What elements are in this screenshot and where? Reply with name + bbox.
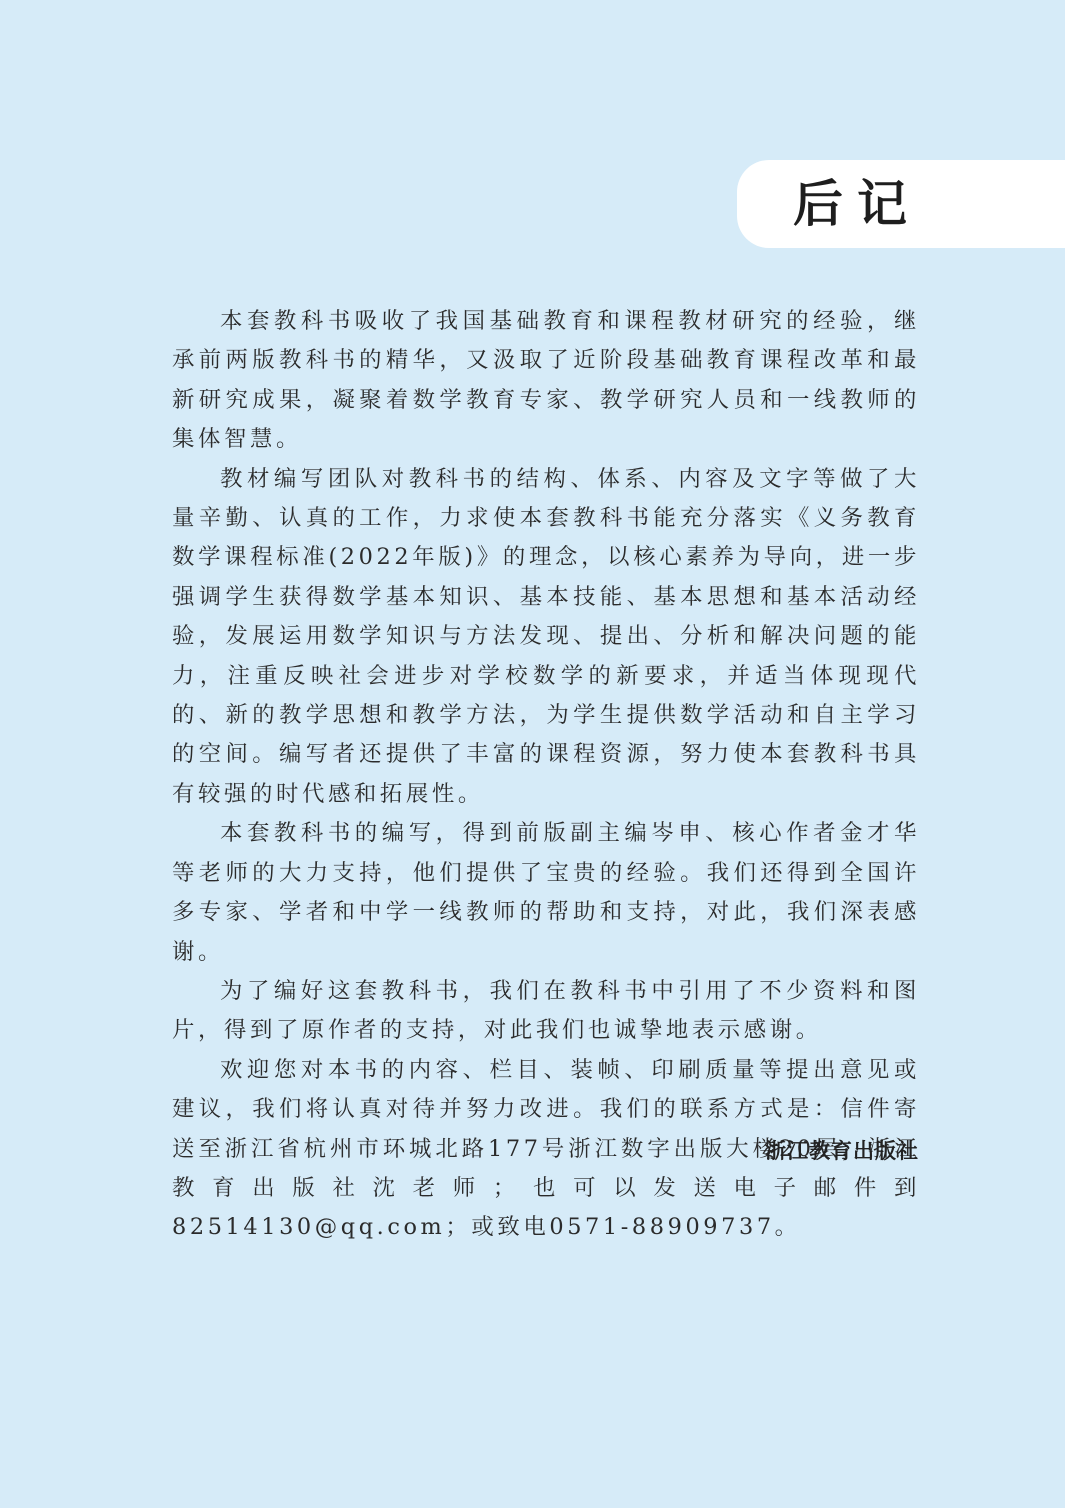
page-title: 后记: [793, 174, 921, 234]
title-banner: 后记: [737, 160, 1065, 248]
paragraph-intro: 本套教科书吸收了我国基础教育和课程教材研究的经验，继承前两版教科书的精华，又汲取…: [172, 302, 920, 460]
paragraph-acknowledgement-contributors: 本套教科书的编写，得到前版副主编岑申、核心作者金才华等老师的大力支持，他们提供了…: [172, 814, 920, 972]
paragraph-editorial-work: 教材编写团队对教科书的结构、体系、内容及文字等做了大量辛勤、认真的工作，力求使本…: [172, 460, 920, 815]
afterword-body: 本套教科书吸收了我国基础教育和课程教材研究的经验，继承前两版教科书的精华，又汲取…: [172, 302, 920, 1248]
publisher-signature: 浙江教育出版社: [765, 1135, 919, 1165]
paragraph-acknowledgement-sources: 为了编好这套教科书，我们在教科书中引用了不少资料和图片，得到了原作者的支持，对此…: [172, 972, 920, 1051]
